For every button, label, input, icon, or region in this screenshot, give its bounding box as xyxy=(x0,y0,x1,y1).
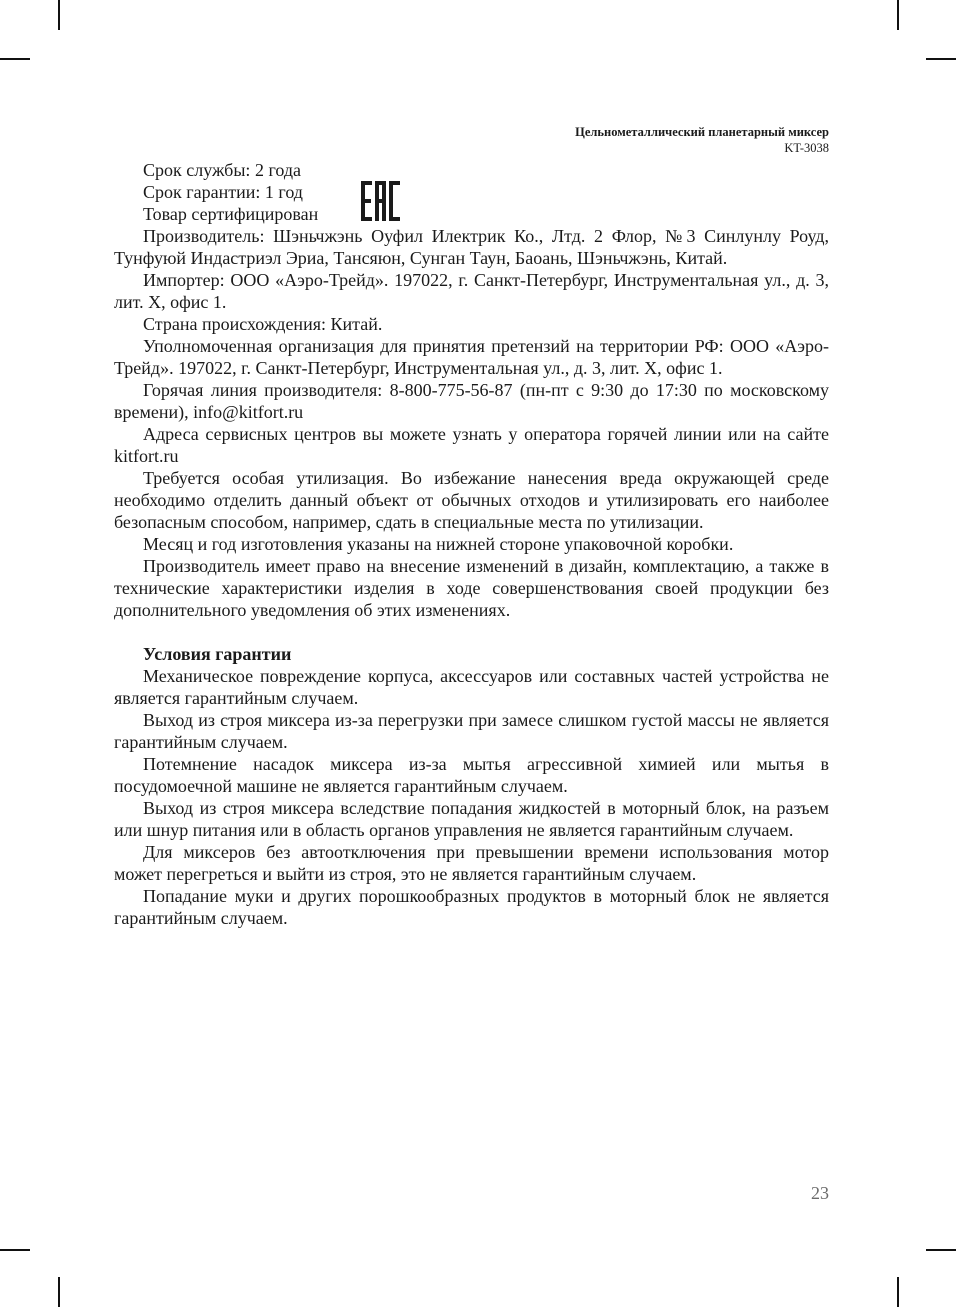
hotline-paragraph: Горячая линия производителя: 8-800-775-5… xyxy=(114,379,829,423)
crop-mark-top-right-horizontal xyxy=(926,58,956,60)
document-body: Срок службы: 2 года Срок гарантии: 1 год… xyxy=(114,159,829,929)
manufacture-date-paragraph: Месяц и год изготовления указаны на нижн… xyxy=(114,533,829,555)
authorized-organization-paragraph: Уполномоченная организация для принятия … xyxy=(114,335,829,379)
warranty-period: Срок гарантии: 1 год xyxy=(114,181,829,203)
crop-mark-bottom-right-vertical xyxy=(897,1277,899,1307)
manufacturer-paragraph: Производитель: Шэньчжэнь Оуфил Илектрик … xyxy=(114,225,829,269)
warranty-item: Попадание муки и других порошкообразных … xyxy=(114,885,829,929)
disposal-paragraph: Требуется особая утилизация. Во избежани… xyxy=(114,467,829,533)
changes-notice-paragraph: Производитель имеет право на внесение из… xyxy=(114,555,829,621)
warranty-item: Механическое повреждение корпуса, аксесс… xyxy=(114,665,829,709)
crop-mark-top-left-vertical xyxy=(58,0,60,30)
running-head-model: KT-3038 xyxy=(575,140,829,156)
warranty-item: Выход из строя миксера вследствие попада… xyxy=(114,797,829,841)
warranty-heading: Условия гарантии xyxy=(114,643,829,665)
warranty-item: Для миксеров без автоотключения при прев… xyxy=(114,841,829,885)
warranty-item: Выход из строя миксера из-за перегрузки … xyxy=(114,709,829,753)
crop-mark-top-left-horizontal xyxy=(0,58,30,60)
warranty-item: Потемнение насадок миксера из-за мытья а… xyxy=(114,753,829,797)
importer-paragraph: Импортер: ООО «Аэро-Трейд». 197022, г. С… xyxy=(114,269,829,313)
running-head-title: Цельнометаллический планетарный миксер xyxy=(575,124,829,140)
crop-mark-bottom-right-horizontal xyxy=(926,1249,956,1251)
certified-statement: Товар сертифицирован xyxy=(114,203,829,225)
country-of-origin: Страна происхождения: Китай. xyxy=(114,313,829,335)
service-life: Срок службы: 2 года xyxy=(114,159,829,181)
crop-mark-bottom-left-horizontal xyxy=(0,1249,30,1251)
crop-mark-top-right-vertical xyxy=(897,0,899,30)
document-page: Цельнометаллический планетарный миксер K… xyxy=(0,0,956,1307)
running-head: Цельнометаллический планетарный миксер K… xyxy=(575,124,829,156)
crop-mark-bottom-left-vertical xyxy=(58,1277,60,1307)
section-spacer xyxy=(114,621,829,643)
page-number: 23 xyxy=(811,1183,829,1204)
service-centers-paragraph: Адреса сервисных центров вы можете узнат… xyxy=(114,423,829,467)
